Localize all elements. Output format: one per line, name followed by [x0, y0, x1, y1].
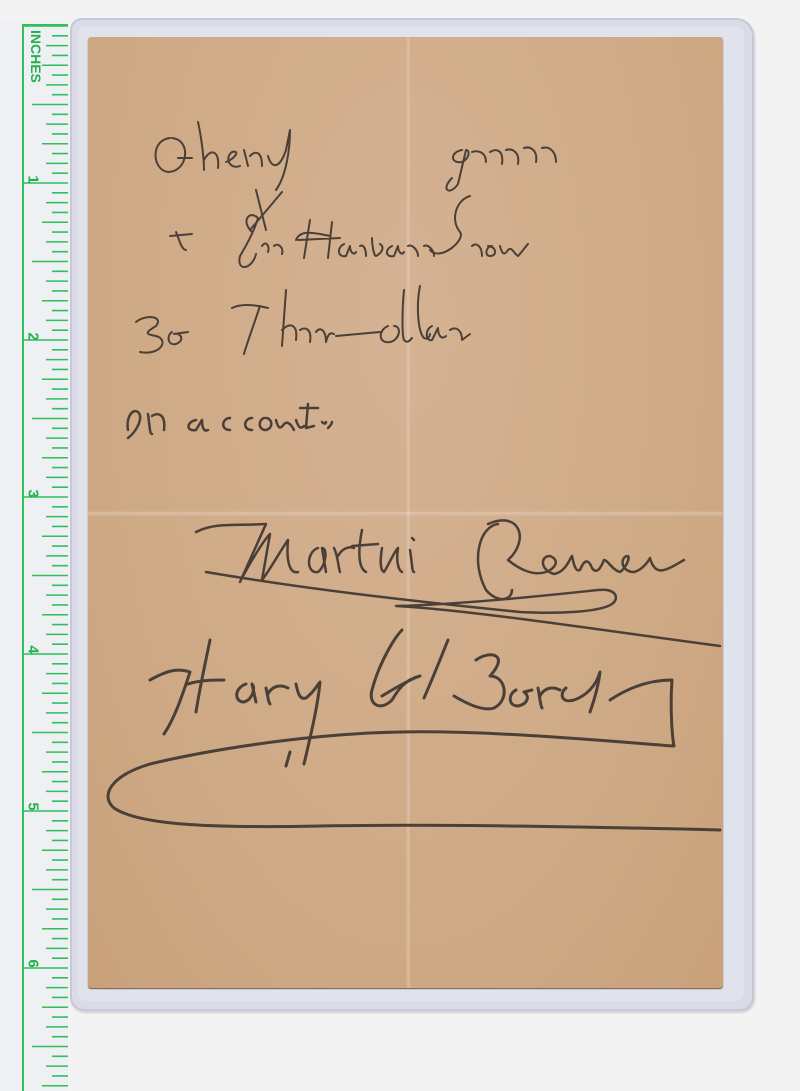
ruler-inch-number: 1: [25, 173, 42, 187]
ruler-inch-number: 6: [25, 957, 42, 971]
handwritten-card: Received of the firm Harlan Snow Ten Tho…: [88, 37, 723, 988]
ruler-inch-number: 2: [25, 330, 42, 344]
ruler-inch-number: 4: [25, 643, 42, 657]
ruler-inch-number: 5: [25, 800, 42, 814]
ruler-inch-number: 3: [25, 487, 42, 501]
